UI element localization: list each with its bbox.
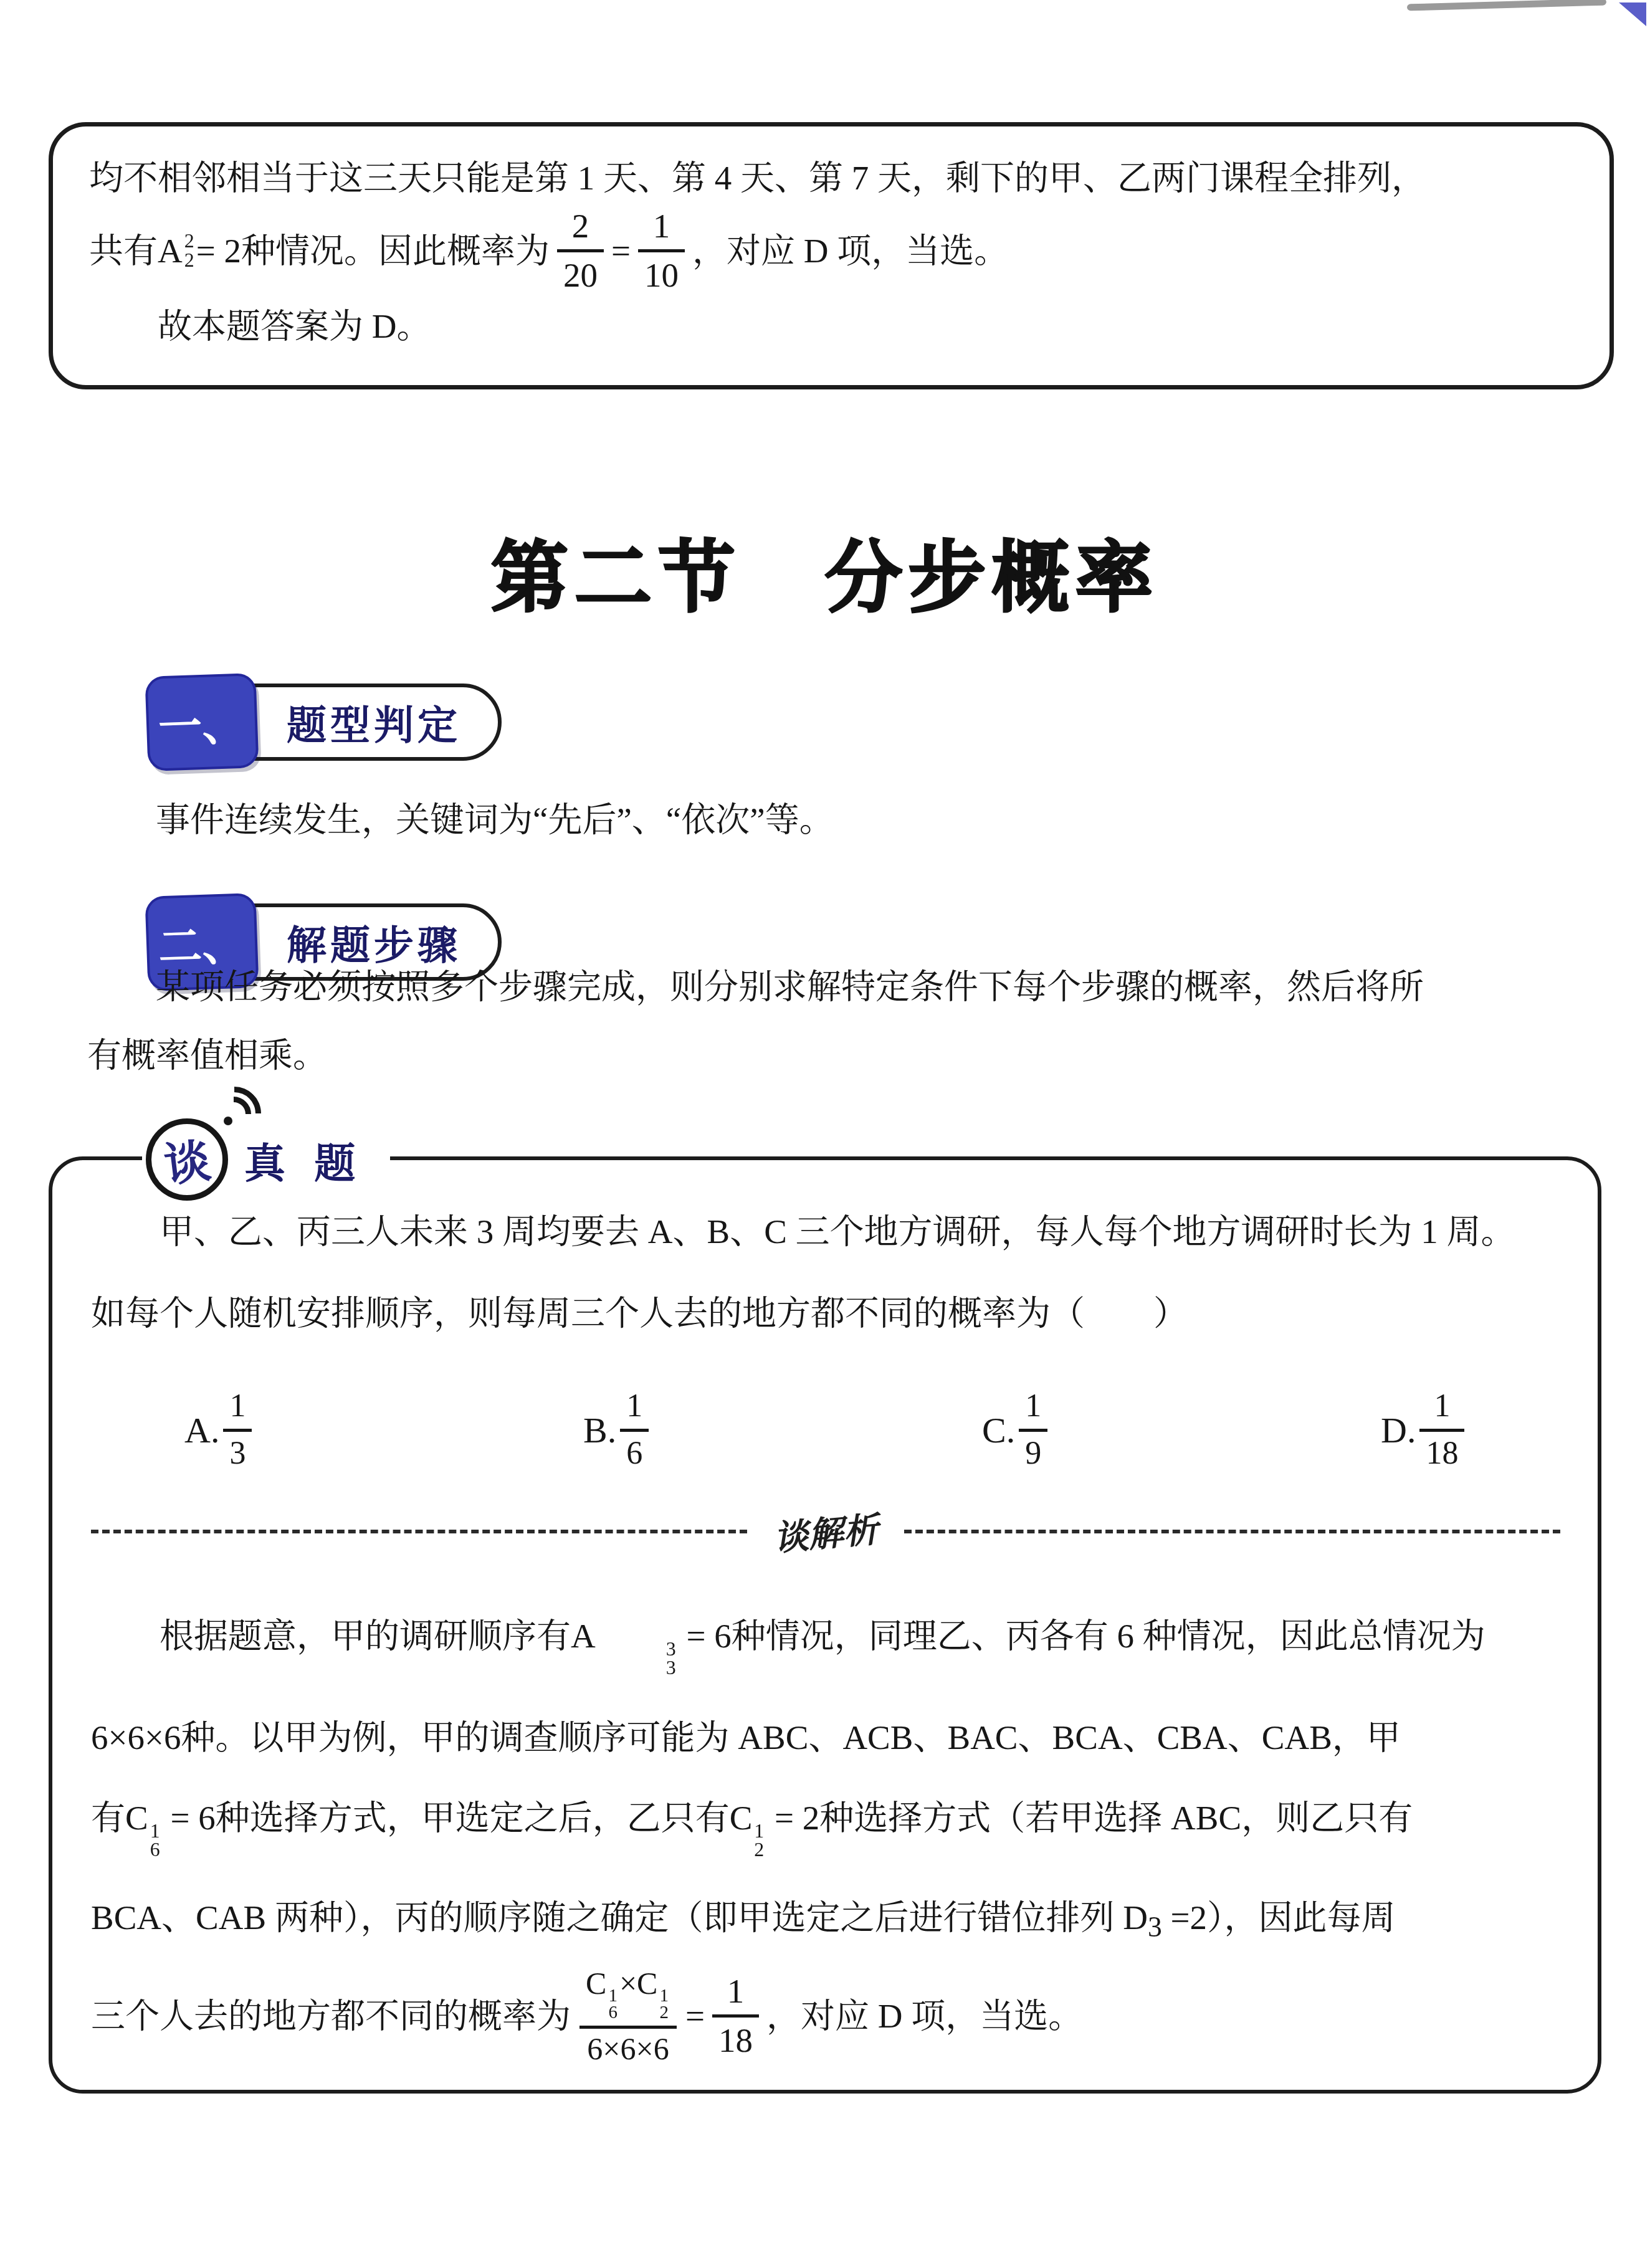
option-b: B. 16 xyxy=(583,1389,982,1470)
analysis-line-2: 6×6×6种。以甲为例，甲的调查顺序可能为 ABC、ACB、BAC、BCA、CB… xyxy=(91,1715,1560,1760)
math-text: = 2种情况。因此概率为 xyxy=(196,224,550,277)
math-text: 共有A xyxy=(89,224,183,277)
divider-dash-left xyxy=(91,1530,747,1533)
solution-line-1: 均不相邻相当于这三天只能是第 1 天、第 4 天、第 7 天，剩下的甲、乙两门课… xyxy=(89,151,1575,204)
option-a-fraction: 13 xyxy=(223,1389,252,1470)
fraction-1-10: 110 xyxy=(638,208,685,293)
result-fraction: 118 xyxy=(712,1973,759,2059)
solution-line-2: 共有A22 = 2种情况。因此概率为 220 = 110 ，对应 D 项，当选。 xyxy=(89,208,1575,293)
real-question-label: 谈 真 题 xyxy=(142,1113,390,1206)
real-question-section: 甲、乙、丙三人未来 3 周均要去 A、B、C 三个地方调研，每人每个地方调研时长… xyxy=(49,1113,1601,2094)
sup-sub-C16: 16 xyxy=(608,1988,618,2022)
question-line-2: 如每个人随机安排顺序，则每周三个人去的地方都不同的概率为（ ） xyxy=(91,1285,1560,1335)
badge-label: 题型判定 xyxy=(287,684,461,761)
scan-artifact-line xyxy=(1407,0,1606,11)
option-c-label: C. xyxy=(982,1409,1015,1451)
badge-number: 一、 xyxy=(145,673,259,771)
math-text: ，对应 D 项，当选。 xyxy=(692,224,1008,277)
sup-sub-C12: 12 xyxy=(754,1822,764,1860)
option-c: C. 19 xyxy=(982,1389,1381,1470)
option-c-fraction: 19 xyxy=(1019,1389,1047,1470)
analysis-line-4: BCA、CAB 两种），丙的顺序随之确定（即甲选定之后进行错位排列 D3 =2）… xyxy=(91,1895,1560,1946)
options-row: A. 13 B. 16 C. 19 D. 118 xyxy=(91,1389,1560,1470)
solution-steps-text-line-2: 有概率值相乘。 xyxy=(87,1028,327,1083)
badge-question-type: 题型判定 一、 xyxy=(146,675,508,769)
formula-fraction: C16×C12 6×6×6 xyxy=(578,1967,678,2065)
option-d-label: D. xyxy=(1381,1409,1416,1451)
real-question-title: 真 题 xyxy=(244,1130,364,1189)
question-box: 甲、乙、丙三人未来 3 周均要去 A、B、C 三个地方调研，每人每个地方调研时长… xyxy=(49,1156,1601,2094)
section-title: 第二节 分步概率 xyxy=(0,516,1650,627)
page-corner-mark xyxy=(1619,2,1646,26)
analysis-formula-line: 三个人去的地方都不同的概率为 C16×C12 6×6×6 = 118 ，对应 D… xyxy=(91,1967,1560,2065)
sup-sub-C12: 12 xyxy=(659,1988,669,2022)
equals-sign: = xyxy=(685,1994,705,2039)
tan-logo-icon: 谈 xyxy=(146,1118,228,1201)
question-type-text: 事件连续发生，关键词为“先后”、“依次”等。 xyxy=(87,793,834,847)
tan-character: 谈 xyxy=(160,1124,214,1195)
subscript-3: 3 xyxy=(1148,1911,1162,1943)
option-b-fraction: 16 xyxy=(620,1389,649,1470)
option-a-label: A. xyxy=(184,1409,219,1451)
divider-dash-right xyxy=(904,1530,1560,1533)
carryover-solution-box: 均不相邻相当于这三天只能是第 1 天、第 4 天、第 7 天，剩下的甲、乙两门课… xyxy=(49,122,1614,389)
scanned-textbook-page: 均不相邻相当于这三天只能是第 1 天、第 4 天、第 7 天，剩下的甲、乙两门课… xyxy=(0,0,1650,2268)
equals-sign: = xyxy=(611,224,631,277)
analysis-divider: 谈解析 xyxy=(91,1507,1560,1556)
sup-sub-A33: 33 xyxy=(598,1640,676,1678)
analysis-line-1: 根据题意，甲的调研顺序有A33 = 6种情况，同理乙、丙各有 6 种情况，因此总… xyxy=(91,1614,1560,1677)
option-a: A. 13 xyxy=(184,1389,583,1470)
question-line-1: 甲、乙、丙三人未来 3 周均要去 A、B、C 三个地方调研，每人每个地方调研时长… xyxy=(91,1204,1560,1253)
analysis-line-3: 有C16 = 6种选择方式，甲选定之后，乙只有C12 = 2种选择方式（若甲选择… xyxy=(91,1796,1560,1859)
sup-sub-A22: 22 xyxy=(184,232,194,270)
option-d-fraction: 118 xyxy=(1419,1389,1464,1470)
solution-line-3: 故本题答案为 D。 xyxy=(89,300,1575,353)
divider-label: 谈解析 xyxy=(771,1502,880,1561)
option-d: D. 118 xyxy=(1381,1389,1468,1470)
fraction-2-20: 220 xyxy=(557,208,604,293)
sup-sub-C16: 16 xyxy=(150,1822,160,1860)
solution-steps-text-line-1: 某项任务必须按照多个步骤完成，则分别求解特定条件下每个步骤的概率，然后将所 xyxy=(87,960,1424,1014)
option-b-label: B. xyxy=(583,1409,616,1451)
signal-waves-icon xyxy=(226,1115,232,1122)
